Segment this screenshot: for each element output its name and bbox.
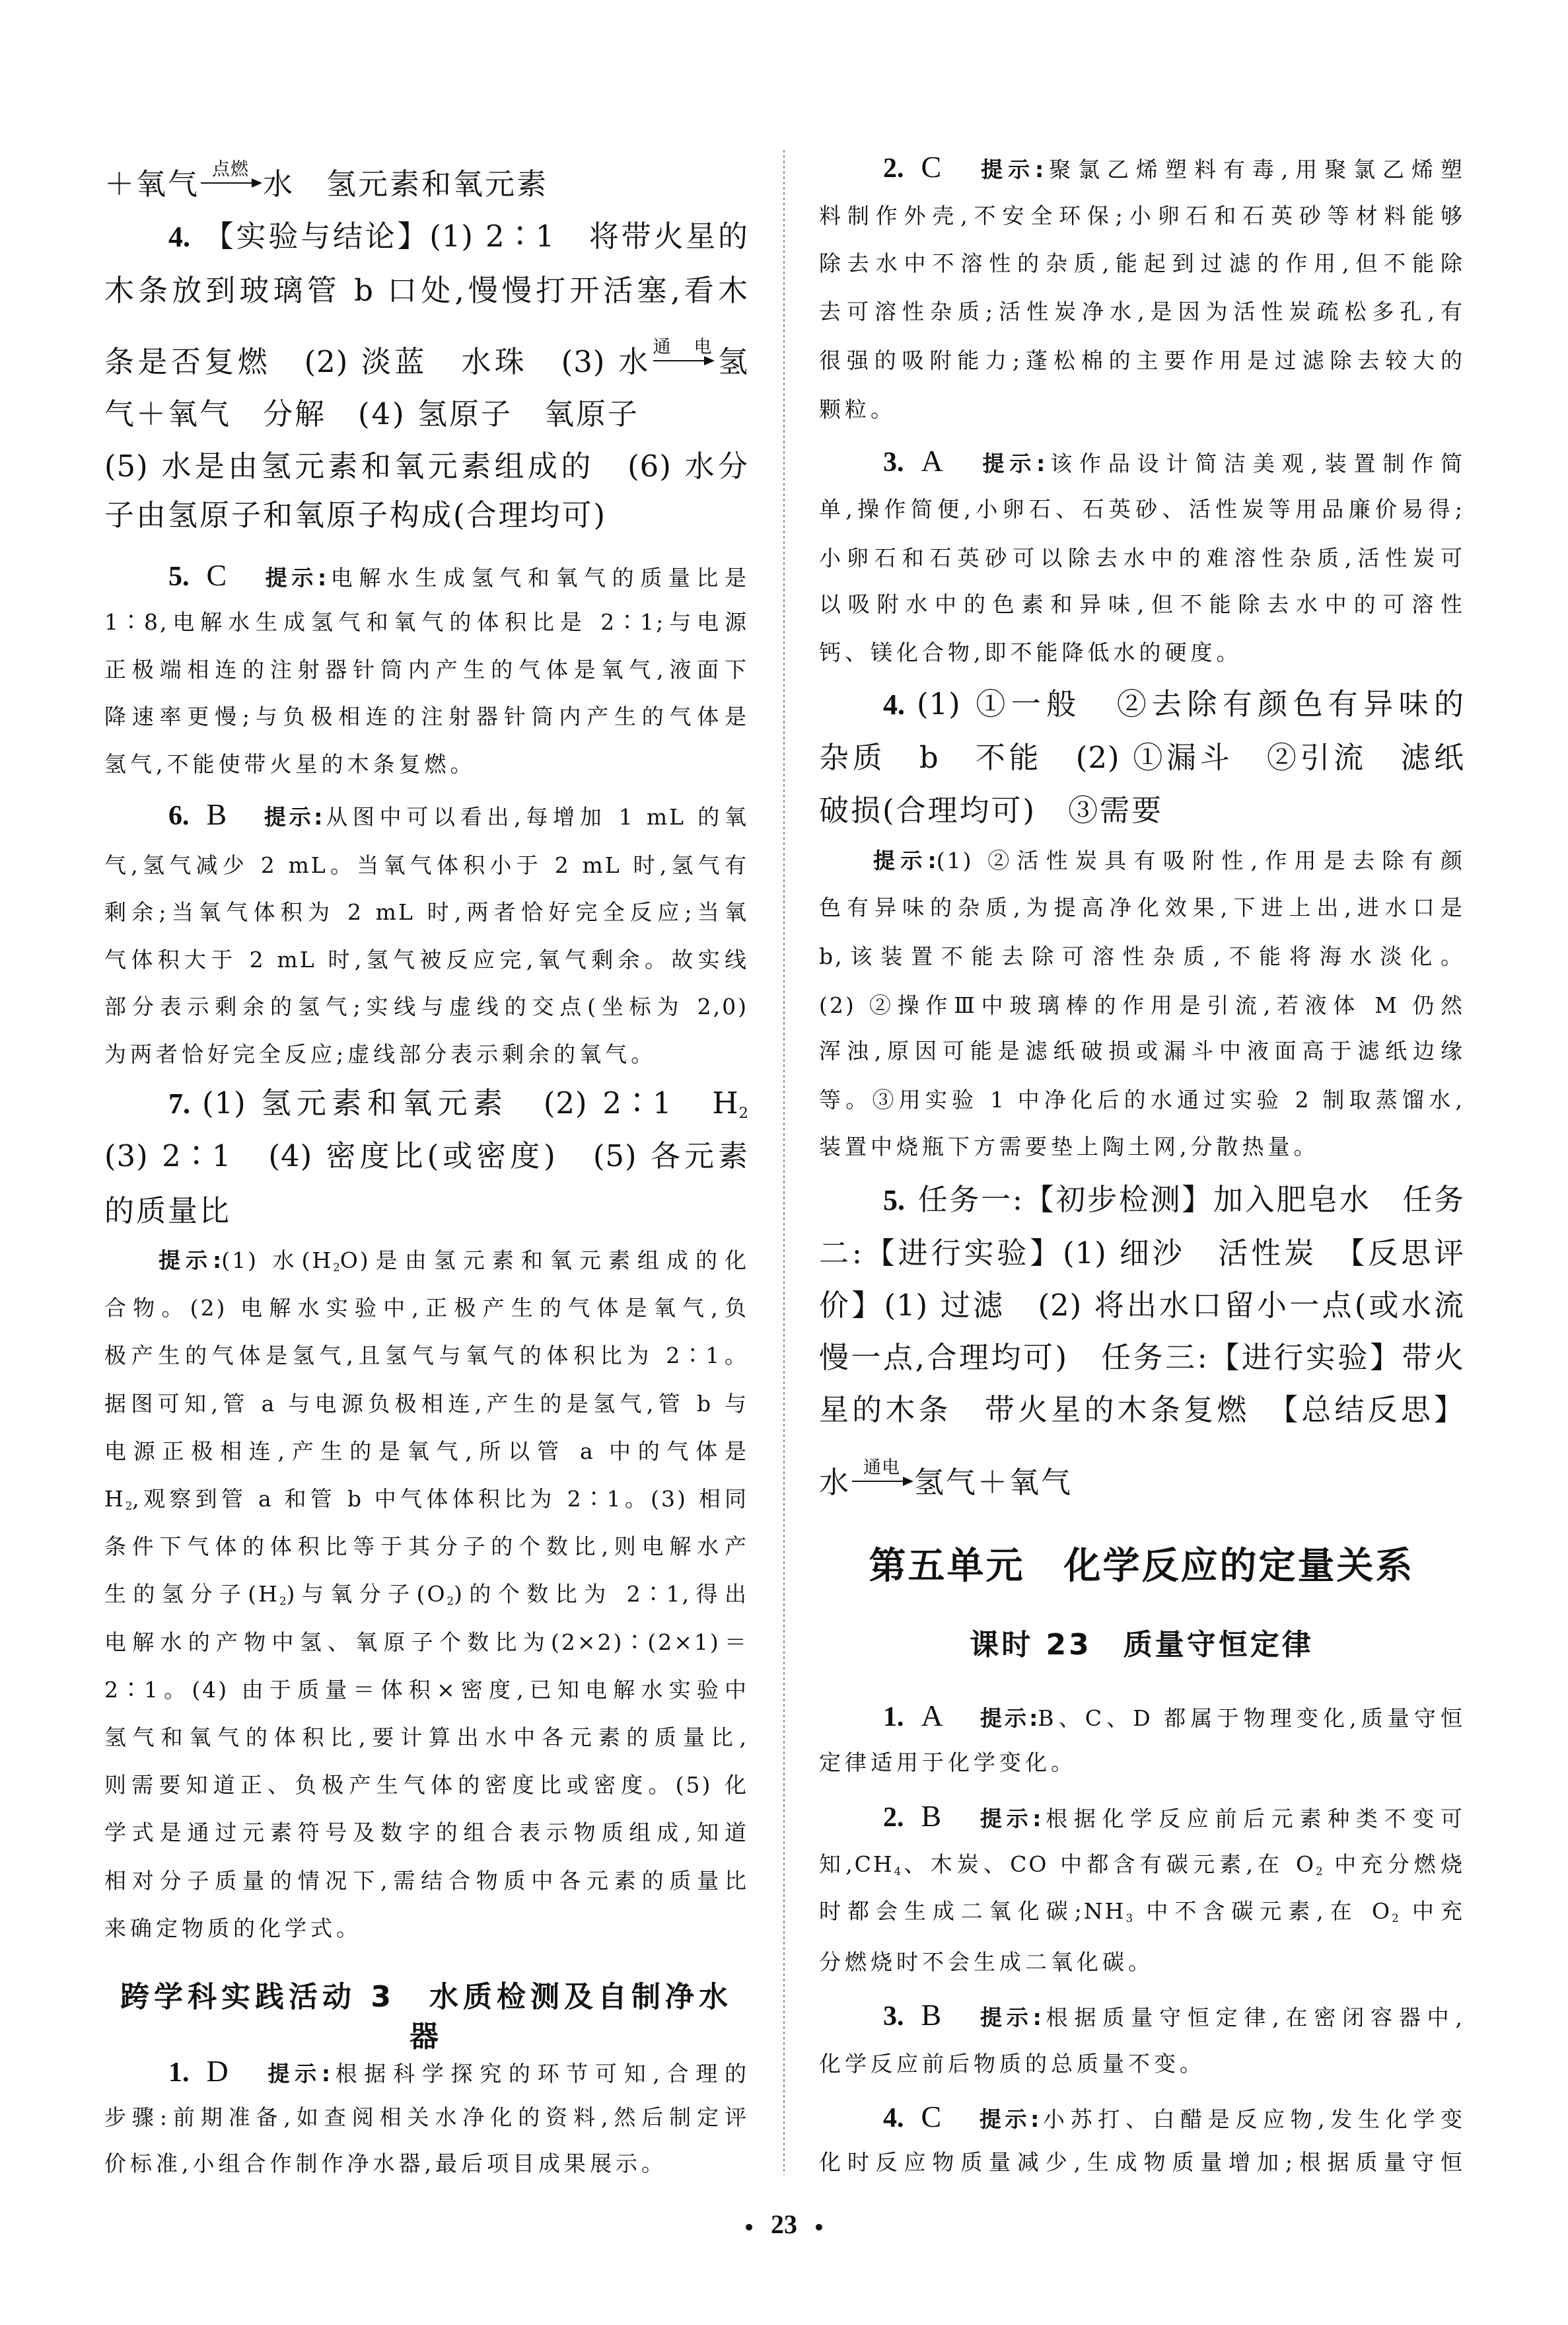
text-run: 二:【进行实验】(1) 细沙 活性炭 【反思评	[819, 1236, 1464, 1271]
question-number: 4.	[883, 2103, 904, 2133]
text-line: 杂质 b 不能 (2) ①漏斗 ②引流 滤纸	[819, 738, 1464, 778]
hint-label: 提示:	[261, 565, 326, 591]
text-line: 知,CH4、木炭、CO 中都含有碳元素,在 O2 中充分燃烧	[819, 1848, 1464, 1888]
hint-label: 提示:	[978, 451, 1046, 476]
text-run: )的个数比为 2∶1,得出	[454, 1581, 748, 1607]
text-run: 子由氢原子和氧原子构成(合理均可)	[104, 498, 607, 533]
question-number: 5.	[883, 1184, 905, 1216]
text-run: 水	[819, 1465, 851, 1500]
text-line: ＋氧气点燃水 氢元素和氧元素	[104, 165, 748, 204]
text-line: 慢一点,合理均可) 任务三:【进行实验】带火	[819, 1338, 1464, 1378]
question-number: 4.	[168, 221, 190, 253]
text-line: 为两者恰好完全反应;虚线部分表示剩余的氧气。	[104, 1038, 748, 1071]
text-line: (2) ②操作Ⅲ中玻璃棒的作用是引流,若液体 M 仍然	[819, 989, 1464, 1022]
text-run: 定律适用于化学变化。	[819, 1750, 1077, 1775]
left-column: ＋氧气点燃水 氢元素和氧元素4.【实验与结论】(1) 2∶1 将带火星的木条放到…	[104, 0, 748, 2325]
text-line: 5.任务一:【初步检测】加入肥皂水 任务	[883, 1180, 1464, 1220]
text-run: 中充分燃烧	[1323, 1851, 1464, 1877]
subscript: 2	[279, 1595, 287, 1607]
text-line: 水通电氢气＋氧气	[819, 1463, 1464, 1502]
text-run: 据图可知,管 a 与电源负极相连,产生的是氢气,管 b 与	[104, 1391, 748, 1417]
text-line: 气,氢气减少 2 mL。当氧气体积小于 2 mL 时,氢气有	[104, 849, 748, 882]
hint-label: 提示:	[976, 2005, 1042, 2030]
text-line: 5.C提示:电解水生成氢气和氧气的质量比是	[168, 559, 748, 595]
text-line: 2∶1。(4) 由于质量＝体积×密度,已知电解水实验中	[104, 1674, 748, 1707]
text-line: 气＋氧气 分解 (4) 氢原子 氧原子	[104, 394, 748, 434]
text-run: 价】(1) 过滤 (2) 将出水口留小一点(或水流	[819, 1288, 1464, 1323]
text-run: 电源正极相连,产生的是氧气,所以管 a 中的气体是	[104, 1438, 748, 1464]
text-line: 木条放到玻璃管 b 口处,慢慢打开活塞,看木	[104, 271, 748, 311]
text-line: 提示:(1) ②活性炭具有吸附性,作用是去除有颜	[873, 844, 1464, 877]
text-line: 色有异味的杂质,为提高净化效果,下进上出,进水口是	[819, 891, 1464, 924]
subscript: 2	[447, 1595, 454, 1607]
answer-choice: C	[921, 2100, 942, 2133]
text-run: 任务一:【初步检测】加入肥皂水 任务	[917, 1182, 1464, 1217]
text-line: 跨学科实践活动 3 水质检测及自制净水器	[104, 1977, 748, 2057]
text-run: )与氧分子(O	[286, 1581, 446, 1607]
answer-choice: D	[207, 2054, 229, 2088]
text-line: H2,观察到管 a 和管 b 中气体体积比为 2∶1。(3) 相同	[104, 1483, 748, 1523]
text-line: 7.(1) 氢元素和氧元素 (2) 2∶1 H2	[168, 1084, 748, 1133]
text-run: 、木炭、CO 中都含有碳元素,在 O	[901, 1851, 1316, 1877]
text-line: 等。③用实验 1 中净化后的水通过实验 2 制取蒸馏水,	[819, 1084, 1464, 1117]
text-line: 化时反应物质量减少,生成物质量增加;根据质量守恒	[819, 2146, 1464, 2179]
text-run: (1) ②活性炭具有吸附性,作用是去除有颜	[937, 848, 1464, 873]
text-line: 则需要知道正、负极产生气体的密度比或密度。(5) 化	[104, 1769, 748, 1802]
text-line: 化学反应前后物质的总质量不变。	[819, 2048, 1464, 2081]
question-number: 2.	[883, 1802, 904, 1833]
text-run: 氢	[715, 344, 748, 379]
text-run: 气体积大于 2 mL 时,氢气被反应完,氧气剩余。故实线	[104, 947, 748, 973]
text-run: 电解水的产物中氢、氧原子个数比为(2×2)∶(2×1)＝	[104, 1629, 748, 1655]
text-run: 气,氢气减少 2 mL。当氧气体积小于 2 mL 时,氢气有	[104, 852, 748, 878]
subscript: 2	[1316, 1865, 1323, 1878]
text-run: 聚氯乙烯塑料有毒,用聚氯乙烯塑	[1044, 157, 1464, 182]
text-run: (3) 2∶1 (4) 密度比(或密度) (5) 各元素	[104, 1138, 748, 1173]
text-line: 1.D提示:根据科学探究的环节可知,合理的	[168, 2055, 748, 2090]
text-run: 颗粒。	[819, 396, 896, 422]
reaction-condition-label: 通电	[653, 338, 713, 356]
answer-choice: C	[921, 150, 942, 184]
text-line: 1.A提示:B、C、D 都属于物理变化,质量守恒	[883, 1699, 1464, 1735]
text-line: 装置中烧瓶下方需要垫上陶土网,分散热量。	[819, 1130, 1464, 1163]
text-line: 气体积大于 2 mL 时,氢气被反应完,氧气剩余。故实线	[104, 943, 748, 977]
reaction-condition-label: 点燃	[201, 161, 260, 178]
text-run: (5) 水是由氢元素和氧元素组成的 (6) 水分	[104, 449, 748, 484]
text-line: 条是否复燃 (2) 淡蓝 水珠 (3) 水通电氢	[104, 342, 748, 382]
text-run: B、C、D 都属于物理变化,质量守恒	[1038, 1705, 1464, 1731]
hint-label: 提示:	[976, 157, 1044, 182]
question-number: 1.	[168, 2057, 190, 2088]
text-line: 4.C提示:小苏打、白醋是反应物,发生化学变	[883, 2100, 1464, 2136]
text-line: (3) 2∶1 (4) 密度比(或密度) (5) 各元素	[104, 1136, 748, 1176]
text-line: 第五单元 化学反应的定量关系	[819, 1543, 1464, 1590]
text-run: 化时反应物质量减少,生成物质量增加;根据质量守恒	[819, 2149, 1464, 2175]
text-run: 根据质量守恒定律,在密闭容器中,	[1042, 2005, 1464, 2030]
text-line: 相对分子质量的情况下,需结合物质中各元素的质量比	[104, 1864, 748, 1898]
text-line: 除去水中不溶性的杂质,能起到过滤的作用,但不能除	[819, 247, 1464, 280]
text-line: 价标准,小组合作制作净水器,最后项目成果展示。	[104, 2147, 748, 2180]
text-run: 慢一点,合理均可) 任务三:【进行实验】带火	[819, 1340, 1464, 1375]
text-run: 氢气＋氧气	[914, 1465, 1073, 1500]
text-run: 色有异味的杂质,为提高净化效果,下进上出,进水口是	[819, 895, 1464, 920]
text-line: 4.(1) ①一般 ②去除有颜色有异味的	[883, 684, 1464, 725]
hint-label: 提示:	[873, 848, 937, 873]
text-run: (1) 水(H	[221, 1247, 333, 1273]
text-line: 子由氢原子和氧原子构成(合理均可)	[104, 496, 748, 535]
text-run: 时都会生成二氧化碳;NH	[819, 1898, 1125, 1924]
text-run: ＋氧气	[104, 166, 199, 202]
text-run: ,观察到管 a 和管 b 中气体体积比为 2∶1。(3) 相同	[132, 1486, 748, 1512]
text-run: 从图中可以看出,每增加 1 mL 的氧	[323, 804, 748, 830]
text-line: 极产生的气体是氢气,且氢气与氧气的体积比为 2∶1。	[104, 1339, 748, 1372]
text-line: 浑浊,原因可能是滤纸破损或漏斗中液面高于滤纸边缘	[819, 1035, 1464, 1068]
text-run: 合物。(2) 电解水实验中,正极产生的气体是氧气,负	[104, 1295, 748, 1321]
text-run: 为两者恰好完全反应;虚线部分表示剩余的氧气。	[104, 1041, 657, 1067]
text-line: 破损(合理均可) ③需要	[819, 791, 1464, 830]
hint-label: 提示:	[976, 1806, 1041, 1831]
text-line: 1∶8,电解水生成氢气和氧气的体积比是 2∶1;与电源	[104, 606, 748, 639]
text-run: 剩余;当氧气体积为 2 mL 时,两者恰好完全反应;当氧	[104, 899, 748, 925]
text-run: 中充	[1399, 1898, 1464, 1924]
question-number: 3.	[883, 447, 904, 478]
question-number: 4.	[883, 688, 905, 721]
text-line: 2.B提示:根据化学反应前后元素种类不变可	[883, 1800, 1464, 1835]
hint-label: 提示:	[263, 2061, 330, 2086]
text-line: 定律适用于化学变化。	[819, 1746, 1464, 1779]
text-run: 极产生的气体是氢气,且氢气与氧气的体积比为 2∶1。	[104, 1343, 748, 1368]
text-run: 以吸附水中的色素和异味,但不能除去水中的可溶性	[819, 591, 1464, 617]
answer-choice: B	[921, 1799, 942, 1833]
text-line: 颗粒。	[819, 393, 1464, 426]
text-line: 料制作外壳,不安全环保;小卵石和石英砂等材料能够	[819, 200, 1464, 233]
hint-label: 提示:	[978, 1705, 1038, 1731]
text-line: 去可溶性杂质;活性炭净水,是因为活性炭疏松多孔,有	[819, 295, 1464, 328]
document-page: ＋氧气点燃水 氢元素和氧元素4.【实验与结论】(1) 2∶1 将带火星的木条放到…	[0, 0, 1568, 2325]
text-run: 2∶1。(4) 由于质量＝体积×密度,已知电解水实验中	[104, 1677, 748, 1703]
hint-label: 提示:	[976, 2106, 1039, 2132]
text-run: 星的木条 带火星的木条复燃 【总结反思】	[819, 1392, 1464, 1427]
text-run: 装置中烧瓶下方需要垫上陶土网,分散热量。	[819, 1134, 1320, 1160]
text-run: 知,CH	[819, 1851, 894, 1877]
question-number: 2.	[883, 153, 904, 184]
text-line: 步骤:前期准备,如查阅相关水净化的资料,然后制定评	[104, 2101, 748, 2134]
answer-choice: B	[207, 797, 227, 831]
text-run: 分燃烧时不会生成二氧化碳。	[819, 1949, 1154, 1975]
hint-label: 提示:	[159, 1247, 221, 1273]
subscript: 2	[739, 1105, 748, 1122]
text-line: b,该装置不能去除可溶性杂质,不能将海水淡化。	[819, 940, 1464, 973]
right-column: 2.C提示:聚氯乙烯塑料有毒,用聚氯乙烯塑料制作外壳,不安全环保;小卵石和石英砂…	[819, 0, 1464, 2325]
text-line: 提示:(1) 水(H2O)是由氢元素和氧元素组成的化	[159, 1244, 748, 1284]
question-number: 6.	[168, 801, 190, 831]
text-run: 料制作外壳,不安全环保;小卵石和石英砂等材料能够	[819, 203, 1464, 229]
text-run: 相对分子质量的情况下,需结合物质中各元素的质量比	[104, 1868, 748, 1894]
text-line: 电解水的产物中氢、氧原子个数比为(2×2)∶(2×1)＝	[104, 1626, 748, 1659]
text-line: 降速率更慢;与负极相连的注射器针筒内产生的气体是	[104, 700, 748, 733]
text-run: 跨学科实践活动 3 水质检测及自制净水器	[120, 1980, 732, 2053]
text-line: 4.【实验与结论】(1) 2∶1 将带火星的	[168, 217, 748, 257]
answer-choice: C	[207, 558, 227, 592]
page-number: 23	[0, 2208, 1568, 2241]
column-divider	[783, 150, 785, 2175]
text-line: 学式是通过元素符号及数字的组合表示物质组成,知道	[104, 1816, 748, 1849]
text-line: 条件下气体的体积比等于其分子的个数比,则电解水产	[104, 1530, 748, 1563]
answer-choice: A	[921, 1699, 943, 1732]
reaction-arrow-icon: 通电	[852, 1481, 911, 1482]
text-run: 破损(合理均可) ③需要	[819, 793, 1163, 828]
text-run: 单,操作简便,小卵石、石英砂、活性炭等用品廉价易得;	[819, 496, 1464, 522]
text-line: 生的氢分子(H2)与氧分子(O2)的个数比为 2∶1,得出	[104, 1578, 748, 1618]
text-line: 正极端相连的注射器针筒内产生的气体是氧气,液面下	[104, 653, 748, 686]
text-line: (5) 水是由氢元素和氧元素组成的 (6) 水分	[104, 447, 748, 486]
text-run: (1) 氢元素和氧元素 (2) 2∶1 H	[202, 1086, 739, 1121]
reaction-arrow-icon: 点燃	[201, 182, 260, 184]
answer-choice: B	[921, 1998, 942, 2032]
text-run: 【实验与结论】(1) 2∶1 将带火星的	[202, 219, 748, 254]
text-run: 学式是通过元素符号及数字的组合表示物质组成,知道	[104, 1820, 748, 1845]
text-run: 该作品设计简洁美观,装置制作简	[1045, 451, 1464, 476]
subscript: 4	[894, 1865, 902, 1878]
text-run: 生的氢分子(H	[104, 1581, 279, 1607]
text-run: 除去水中不溶性的杂质,能起到过滤的作用,但不能除	[819, 250, 1464, 276]
text-run: 等。③用实验 1 中净化后的水通过实验 2 制取蒸馏水,	[819, 1087, 1464, 1113]
page-number-value: 23	[771, 2209, 797, 2239]
text-line: 氢气和氧气的体积比,要计算出水中各元素的质量比,	[104, 1721, 748, 1754]
text-run: 根据化学反应前后元素种类不变可	[1042, 1806, 1465, 1831]
text-run: 则需要知道正、负极产生气体的密度比或密度。(5) 化	[104, 1772, 748, 1798]
text-run: 氢气,不能使带火星的木条复燃。	[104, 751, 476, 777]
text-run: 小卵石和石英砂可以除去水中的难溶性杂质,活性炭可	[819, 545, 1464, 571]
text-run: 的质量比	[104, 1193, 231, 1228]
text-line: 分燃烧时不会生成二氧化碳。	[819, 1946, 1464, 1979]
text-line: 氢气,不能使带火星的木条复燃。	[104, 748, 748, 781]
text-run: 化学反应前后物质的总质量不变。	[819, 2051, 1205, 2077]
text-run: 降速率更慢;与负极相连的注射器针筒内产生的气体是	[104, 704, 748, 729]
text-line: 来确定物质的化学式。	[104, 1912, 748, 1945]
text-run: 1∶8,电解水生成氢气和氧气的体积比是 2∶1;与电源	[104, 609, 748, 635]
text-run: O)是由氢元素和氧元素组成的化	[340, 1247, 748, 1273]
text-run: 部分表示剩余的氢气;实线与虚线的交点(坐标为 2,0)	[104, 994, 748, 1019]
question-number: 1.	[883, 1702, 904, 1732]
text-run: 价标准,小组合作制作净水器,最后项目成果展示。	[104, 2151, 667, 2176]
text-run: 很强的吸附能力;蓬松棉的主要作用是过滤除去较大的	[819, 348, 1464, 373]
text-line: 很强的吸附能力;蓬松棉的主要作用是过滤除去较大的	[819, 344, 1464, 377]
reaction-arrow-icon: 通电	[653, 360, 713, 361]
text-run: 木条放到玻璃管 b 口处,慢慢打开活塞,看木	[104, 273, 748, 308]
text-line: 价】(1) 过滤 (2) 将出水口留小一点(或水流	[819, 1286, 1464, 1325]
text-line: 剩余;当氧气体积为 2 mL 时,两者恰好完全反应;当氧	[104, 896, 748, 929]
text-run: b,该装置不能去除可溶性杂质,不能将海水淡化。	[819, 943, 1464, 969]
text-line: 小卵石和石英砂可以除去水中的难溶性杂质,活性炭可	[819, 542, 1464, 575]
text-line: 3.A提示:该作品设计简洁美观,装置制作简	[883, 445, 1464, 480]
subscript: 3	[1125, 1912, 1133, 1925]
text-run: 浑浊,原因可能是滤纸破损或漏斗中液面高于滤纸边缘	[819, 1038, 1464, 1064]
text-line: 3.B提示:根据质量守恒定律,在密闭容器中,	[883, 1999, 1464, 2034]
text-line: 部分表示剩余的氢气;实线与虚线的交点(坐标为 2,0)	[104, 990, 748, 1023]
text-line: 二:【进行实验】(1) 细沙 活性炭 【反思评	[819, 1234, 1464, 1273]
subscript: 2	[1392, 1912, 1399, 1925]
text-run: 条件下气体的体积比等于其分子的个数比,则电解水产	[104, 1533, 748, 1559]
text-run: 氢气和氧气的体积比,要计算出水中各元素的质量比,	[104, 1724, 748, 1750]
question-number: 7.	[168, 1088, 190, 1120]
text-run: 步骤:前期准备,如查阅相关水净化的资料,然后制定评	[104, 2104, 748, 2130]
text-run: 条是否复燃 (2) 淡蓝 水珠 (3) 水	[104, 344, 652, 379]
text-line: 以吸附水中的色素和异味,但不能除去水中的可溶性	[819, 588, 1464, 621]
text-line: 2.C提示:聚氯乙烯塑料有毒,用聚氯乙烯塑	[883, 151, 1464, 186]
question-number: 5.	[168, 562, 190, 592]
text-run: 来确定物质的化学式。	[104, 1915, 362, 1941]
question-number: 3.	[883, 2001, 904, 2032]
text-run: 水 氢元素和氧元素	[263, 166, 548, 202]
text-run: H	[104, 1486, 125, 1512]
text-run: 杂质 b 不能 (2) ①漏斗 ②引流 滤纸	[819, 740, 1464, 775]
text-run: 气＋氧气 分解 (4) 氢原子 氧原子	[104, 396, 639, 431]
answer-choice: A	[921, 444, 943, 478]
text-line: 的质量比	[104, 1191, 748, 1231]
subscript: 2	[333, 1261, 340, 1274]
text-run: 课时 23 质量守恒定律	[970, 1628, 1314, 1662]
text-line: 钙、镁化合物,即不能降低水的硬度。	[819, 636, 1464, 669]
text-line: 6.B提示:从图中可以看出,每增加 1 mL 的氧	[168, 798, 748, 834]
text-run: (2) ②操作Ⅲ中玻璃棒的作用是引流,若液体 M 仍然	[819, 992, 1464, 1018]
text-run: 正极端相连的注射器针筒内产生的气体是氧气,液面下	[104, 657, 748, 683]
page-number-dot-left	[746, 2224, 752, 2231]
page-number-dot-right	[816, 2224, 822, 2231]
text-line: 据图可知,管 a 与电源负极相连,产生的是氢气,管 b 与	[104, 1387, 748, 1421]
text-line: 电源正极相连,产生的是氧气,所以管 a 中的气体是	[104, 1435, 748, 1468]
text-run: 电解水生成氢气和氧气的质量比是	[326, 565, 748, 591]
text-line: 时都会生成二氧化碳;NH3 中不含碳元素,在 O2 中充	[819, 1895, 1464, 1935]
text-run: 去可溶性杂质;活性炭净水,是因为活性炭疏松多孔,有	[819, 299, 1464, 324]
text-line: 合物。(2) 电解水实验中,正极产生的气体是氧气,负	[104, 1292, 748, 1325]
text-line: 单,操作简便,小卵石、石英砂、活性炭等用品廉价易得;	[819, 493, 1464, 526]
text-run: 中不含碳元素,在 O	[1133, 1898, 1392, 1924]
text-line: 星的木条 带火星的木条复燃 【总结反思】	[819, 1390, 1464, 1430]
text-run: (1) ①一般 ②去除有颜色有异味的	[917, 686, 1464, 721]
text-line: 课时 23 质量守恒定律	[819, 1625, 1464, 1665]
text-run: 小苏打、白醋是反应物,发生化学变	[1039, 2106, 1464, 2132]
reaction-condition-label: 通电	[852, 1459, 911, 1477]
text-run: 钙、镁化合物,即不能降低水的硬度。	[819, 640, 1242, 665]
subscript: 2	[125, 1500, 133, 1512]
text-run: 根据科学探究的环节可知,合理的	[330, 2061, 748, 2086]
hint-label: 提示:	[261, 804, 322, 830]
text-run: 第五单元 化学反应的定量关系	[869, 1545, 1415, 1588]
